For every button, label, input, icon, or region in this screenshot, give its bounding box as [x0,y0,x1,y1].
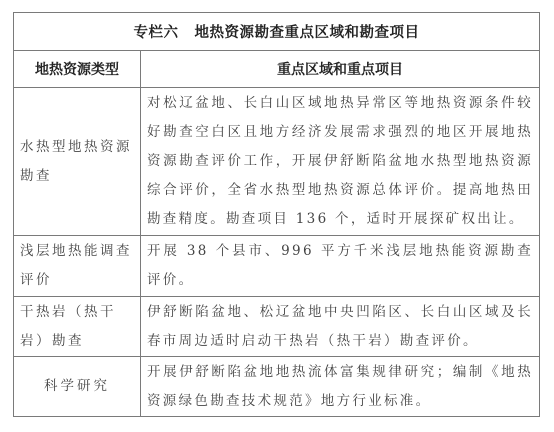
description-cell: 开展 38 个县市、996 平方千米浅层地热能资源勘查评价。 [141,236,540,297]
description-cell: 伊舒断陷盆地、松辽盆地中央凹陷区、长白山区域及长春市周边适时启动干热岩（热干岩）… [141,297,540,357]
table-row: 浅层地热能调查评价 开展 38 个县市、996 平方千米浅层地热能资源勘查评价。 [14,236,540,297]
header-row: 地热资源类型 重点区域和重点项目 [14,51,540,88]
title-main: 地热资源勘查重点区域和勘查项目 [195,24,420,41]
header-areas: 重点区域和重点项目 [141,51,540,88]
table-row: 干热岩（热干岩）勘查 伊舒断陷盆地、松辽盆地中央凹陷区、长白山区域及长春市周边适… [14,297,540,357]
title-prefix: 专栏六 [134,24,179,41]
type-cell: 水热型地热资源勘查 [14,88,141,236]
description-cell: 开展伊舒断陷盆地地热流体富集规律研究；编制《地热资源绿色勘查技术规范》地方行业标… [141,357,540,417]
table-title: 专栏六地热资源勘查重点区域和勘查项目 [14,13,540,51]
type-cell: 浅层地热能调查评价 [14,236,141,297]
table-row: 科学研究 开展伊舒断陷盆地地热流体富集规律研究；编制《地热资源绿色勘查技术规范》… [14,357,540,417]
column-table: 专栏六地热资源勘查重点区域和勘查项目 地热资源类型 重点区域和重点项目 水热型地… [13,12,540,417]
table-row: 水热型地热资源勘查 对松辽盆地、长白山区域地热异常区等地热资源条件较好勘查空白区… [14,88,540,236]
type-cell: 干热岩（热干岩）勘查 [14,297,141,357]
type-cell: 科学研究 [14,357,141,417]
header-type: 地热资源类型 [14,51,141,88]
description-cell: 对松辽盆地、长白山区域地热异常区等地热资源条件较好勘查空白区且地方经济发展需求强… [141,88,540,236]
title-row: 专栏六地热资源勘查重点区域和勘查项目 [14,13,540,51]
